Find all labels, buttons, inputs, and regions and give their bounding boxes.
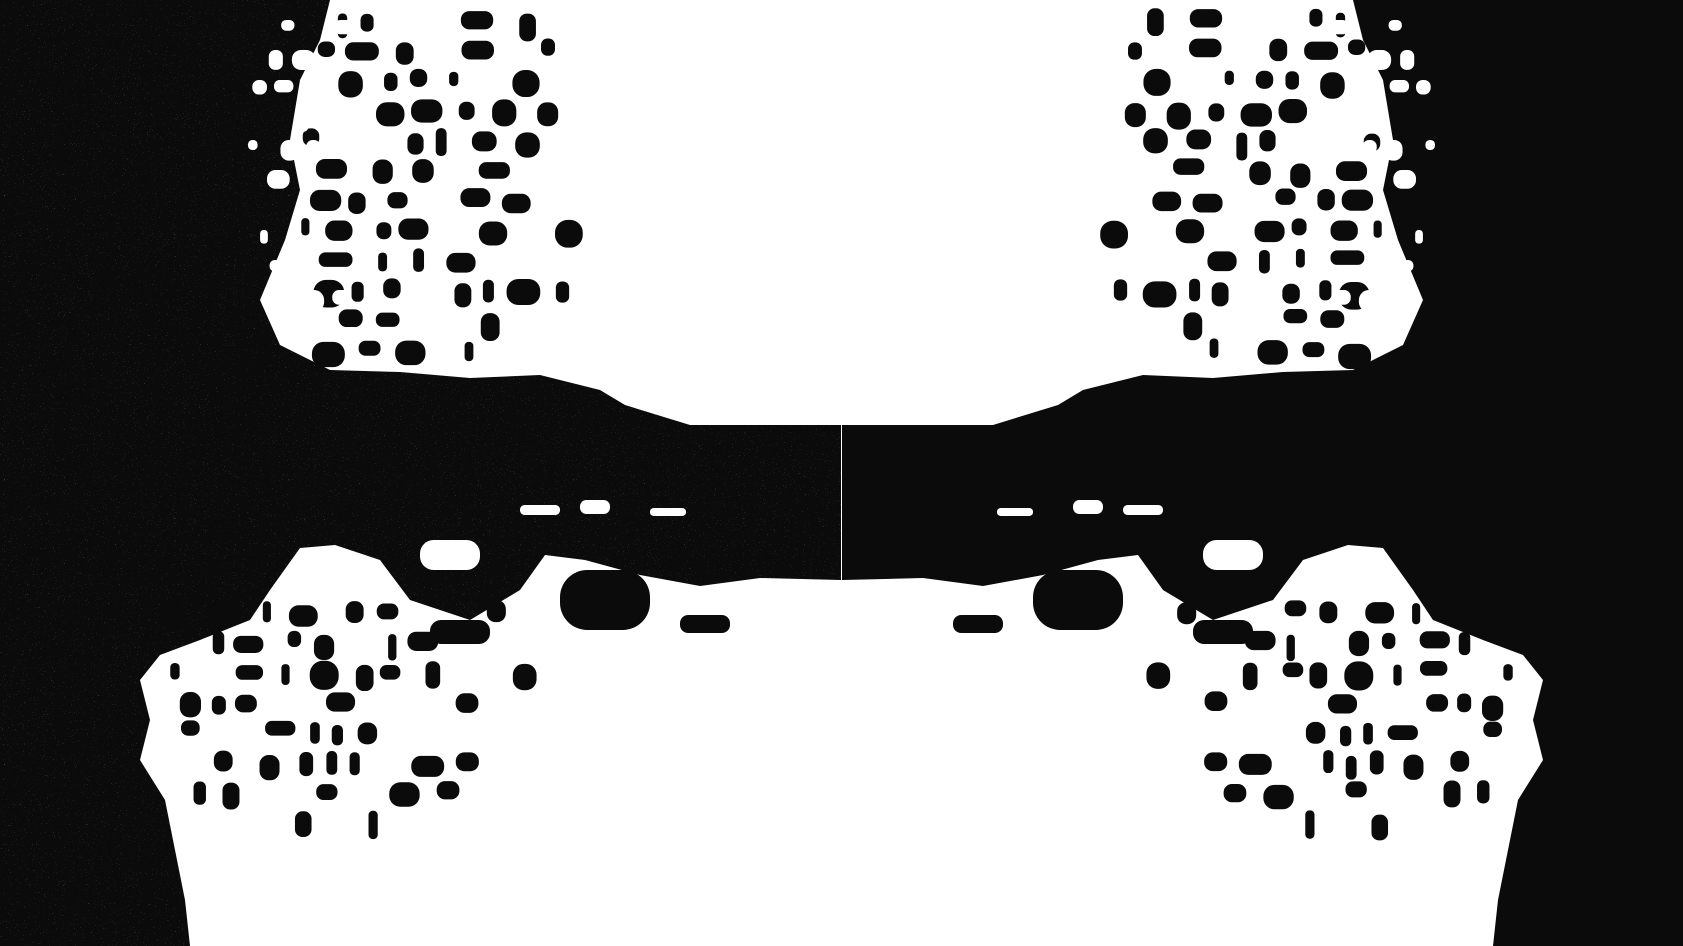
mirrored-bw-photocopy-image (0, 0, 1683, 946)
